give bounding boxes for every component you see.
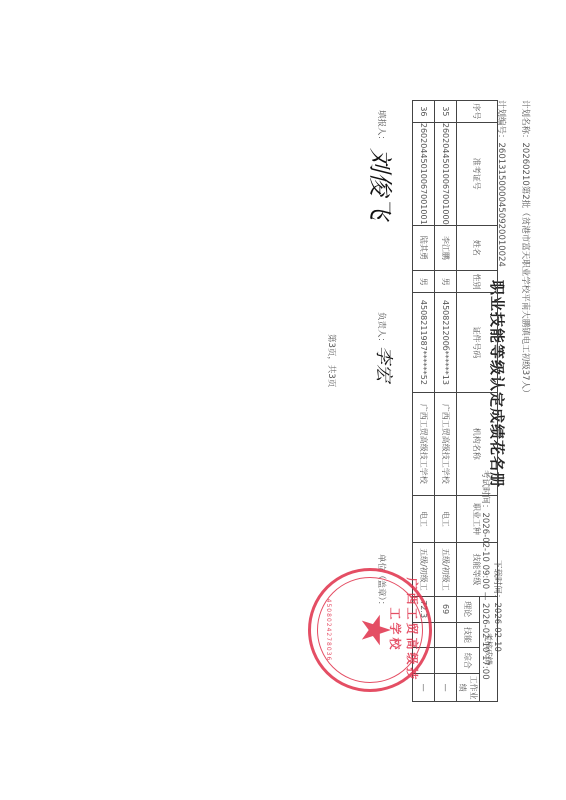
filler-signature: 刘俊飞	[365, 148, 400, 220]
header-id-no: 证件号码	[457, 293, 498, 393]
cell-level: 五级/初级工	[435, 543, 457, 596]
cell-org: 广西工贸高级技工学校	[435, 392, 457, 495]
cell-seq: 35	[435, 101, 457, 123]
header-ticket: 准考证号	[457, 122, 498, 225]
cell-name: 陆其勇	[413, 225, 435, 271]
header-level: 技能等级	[457, 543, 498, 596]
cell-id-no: 4508211987******52	[413, 293, 435, 393]
cell-seq: 36	[413, 101, 435, 123]
document-sheet: 职业技能等级认定成绩花名册 下载时间：2026-02-10 计划名称：20260…	[0, 0, 566, 800]
header-gender: 性别	[457, 271, 498, 293]
cell-overall	[435, 648, 457, 674]
header-skill: 技能	[457, 622, 480, 648]
header-theory: 理论	[457, 596, 480, 622]
plan-name-label: 计划名称：	[520, 100, 530, 143]
cell-occupation: 电工	[435, 495, 457, 543]
page-info: 第3页，共3页	[326, 334, 338, 387]
cell-ticket: 26020445010067001001	[413, 122, 435, 225]
header-name: 姓名	[457, 225, 498, 271]
filler-label: 填报人：	[376, 110, 388, 144]
cell-gender: 男	[435, 271, 457, 293]
plan-name-value: 20260210第2批（贫港市富天职业学校平南大鹏镇电工初级37人）	[520, 143, 530, 398]
stamp-code: 4508024278036	[325, 571, 332, 689]
cell-ticket: 26020445010067001000	[435, 122, 457, 225]
cell-work-perf: —	[435, 674, 457, 702]
header-scores-group: 考核成绩	[480, 596, 498, 701]
cell-occupation: 电工	[413, 495, 435, 543]
official-stamp: 广西工贸高级技工学校 ★ 4508024278036	[308, 568, 432, 692]
cell-theory: 69	[435, 596, 457, 622]
cell-org: 广西工贸高级技工学校	[413, 392, 435, 495]
responsible-signature: 李宏	[372, 346, 398, 382]
star-icon: ★	[355, 571, 395, 689]
responsible-label: 负责人：	[376, 312, 388, 346]
header-occupation: 职业工种	[457, 495, 498, 543]
cell-skill	[435, 622, 457, 648]
header-seq: 序号	[457, 101, 498, 123]
cell-name: 李江鹏	[435, 225, 457, 271]
table-row: 35 26020445010067001000 李江鹏 男 450821200б…	[435, 101, 457, 702]
header-work-perf: 工作业绩	[457, 674, 480, 702]
cell-id-no: 450821200б******13	[435, 293, 457, 393]
plan-name: 计划名称：20260210第2批（贫港市富天职业学校平南大鹏镇电工初级37人）	[520, 100, 532, 398]
cell-gender: 男	[413, 271, 435, 293]
header-org: 机构名称	[457, 392, 498, 495]
header-overall: 综合	[457, 648, 480, 674]
